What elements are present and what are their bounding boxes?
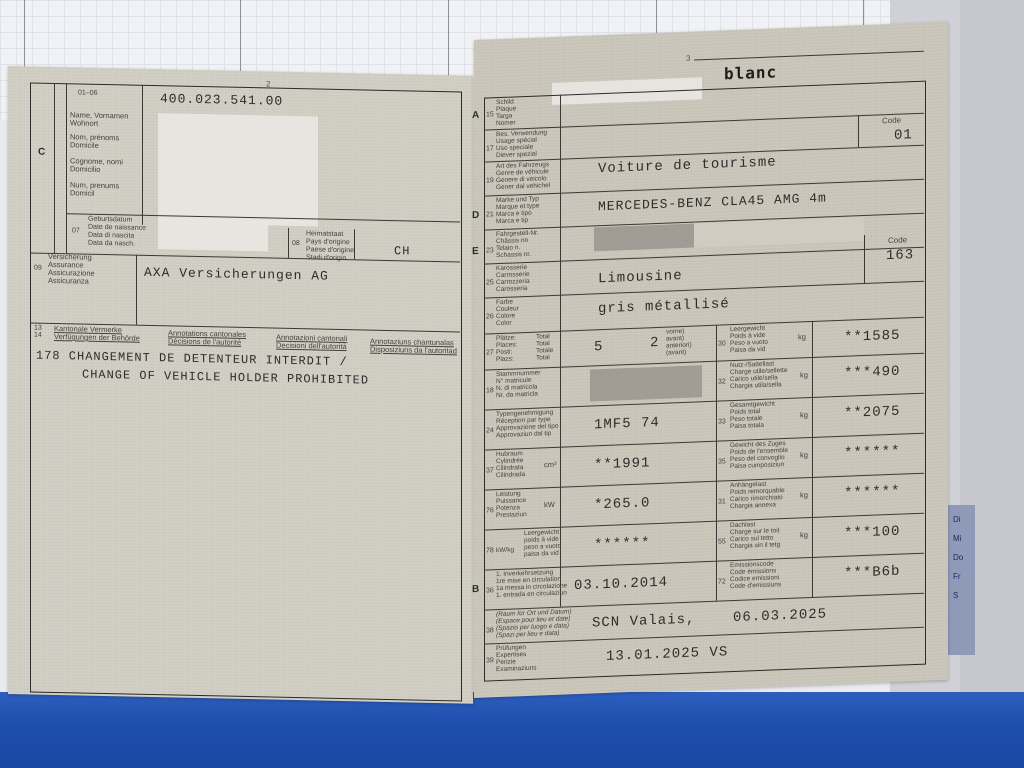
field-label: Cognome, nomi Domicilio: [70, 157, 140, 174]
payload-value: ***490: [844, 364, 900, 382]
left-page: 2 C 01–06 400.023.541.00 Name, Vornamen …: [8, 66, 473, 704]
total-weight-value: **2075: [844, 404, 900, 422]
chassis-labels: Fahrgestell-Nr.Châssis noTelaio n.Schass…: [496, 229, 558, 259]
unit-label: kg: [798, 333, 806, 341]
seats-front: 2: [650, 335, 659, 351]
section-letter: A: [472, 110, 479, 121]
field-number: 17: [486, 145, 494, 152]
seats-labels: Plätze:Places:Posti:Plazs:: [496, 334, 536, 364]
birthdate-labels: GeburtsdatumDate de naissanceData di nas…: [88, 216, 163, 250]
redacted-holder-name: [158, 113, 318, 226]
insurance-labels: VersicherungAssuranceAssicurazioneAssicu…: [48, 253, 138, 287]
vehicle-type-labels: Art des FahrzeugsGenre de véhiculeGenere…: [496, 161, 558, 191]
calendar-tab: Di Mi Do Fr S: [945, 505, 975, 655]
notes-header-fr: Annotations cantonalesDécisions de l'aut…: [168, 329, 246, 347]
empty-weight-value: **1585: [844, 328, 900, 346]
color-top-value: blanc: [724, 62, 777, 83]
body-code: 163: [886, 247, 914, 264]
roof-load-value: ***100: [844, 524, 900, 542]
field-number: 07: [72, 227, 80, 234]
displacement-value: **1991: [594, 455, 650, 473]
field-number: 21: [486, 211, 494, 218]
field-number: 08: [292, 240, 300, 247]
redacted-chassis: [594, 224, 694, 252]
tab-letter: Mi: [953, 534, 975, 543]
power-value: *265.0: [594, 495, 650, 513]
color-labels: FarbeCouleurColoreColor: [496, 297, 558, 327]
field-number: 15: [486, 111, 494, 118]
field-number: 27: [486, 349, 494, 356]
power-weight-value: ******: [594, 535, 650, 553]
notes-header-de: Kantonale VermerkeVerfügungen der Behörd…: [54, 325, 140, 343]
holder-number: 400.023.541.00: [160, 91, 283, 109]
emission-code-value: ***B6b: [844, 564, 900, 582]
field-number: 23: [486, 247, 494, 254]
plate-labels: SchildPlaqueTargaNomer: [496, 97, 556, 127]
section-letter: D: [472, 210, 479, 221]
field-label: Num, prenums Domicil: [70, 181, 140, 198]
field-number: 30: [718, 340, 726, 347]
code-label: Code: [888, 235, 907, 245]
redacted-registration-number: [590, 365, 702, 401]
body-value: Limousine: [598, 268, 683, 287]
seats-total-labels: TotalTotalTotaleTotal: [536, 333, 560, 362]
make-model-labels: Marke und TypMarque et typeMarca e tipoM…: [496, 195, 558, 225]
special-use-code: 01: [894, 127, 913, 144]
seats-total: 5: [594, 339, 603, 355]
tab-letter: Fr: [953, 572, 975, 581]
field-number: 19: [486, 177, 494, 184]
tab-letter: Do: [953, 553, 975, 562]
body-labels: KarosserieCarrosserieCarrozzeriaCarosser…: [496, 263, 558, 293]
notes-header-rm: Annotaziuns chantunalasDisposiziuns da l…: [370, 338, 457, 356]
field-number: 09: [34, 265, 42, 272]
field-number: 25: [486, 279, 494, 286]
section-letter: C: [38, 147, 45, 158]
tab-letter: Di: [953, 515, 975, 524]
redacted-birthdate: [158, 219, 268, 251]
empty-weight-labels: LeergewichtPoids à videPeso a vuotoPaisa…: [730, 323, 800, 354]
code-label: Code: [882, 116, 901, 126]
seats-front-labels: vorne)avant)anteriori)(avant): [666, 327, 712, 357]
tab-letter: S: [953, 591, 975, 600]
notes-header-it: Annotazioni cantonaliDecisioni dell'auto…: [276, 334, 347, 351]
blue-folder: [0, 692, 1024, 768]
field-number: 01–06: [78, 89, 97, 96]
type-approval-value: 1MF5 74: [594, 415, 660, 434]
page-number: 3: [686, 54, 690, 63]
right-page: 3 blanc A 15 SchildPlaqueTargaNomer 17 B…: [474, 22, 948, 698]
field-number: 14: [34, 332, 42, 339]
field-label: Name, Vornamen Wohnort: [70, 111, 140, 128]
field-number: 26: [486, 313, 494, 320]
section-letter: E: [472, 246, 479, 257]
train-weight-value: ******: [844, 444, 900, 462]
towing-weight-value: ******: [844, 484, 900, 502]
origin-value: CH: [394, 244, 410, 258]
field-label: Nom, prénoms Domicile: [70, 133, 140, 150]
special-use-labels: Bes. VerwendungUsage spécialUso speciale…: [496, 129, 558, 159]
